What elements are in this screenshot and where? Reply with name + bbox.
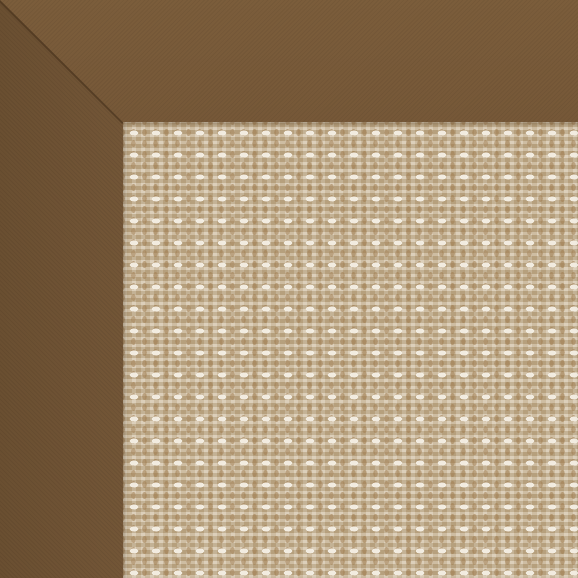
woven-field: [123, 122, 578, 578]
rug-sample: [0, 0, 578, 578]
